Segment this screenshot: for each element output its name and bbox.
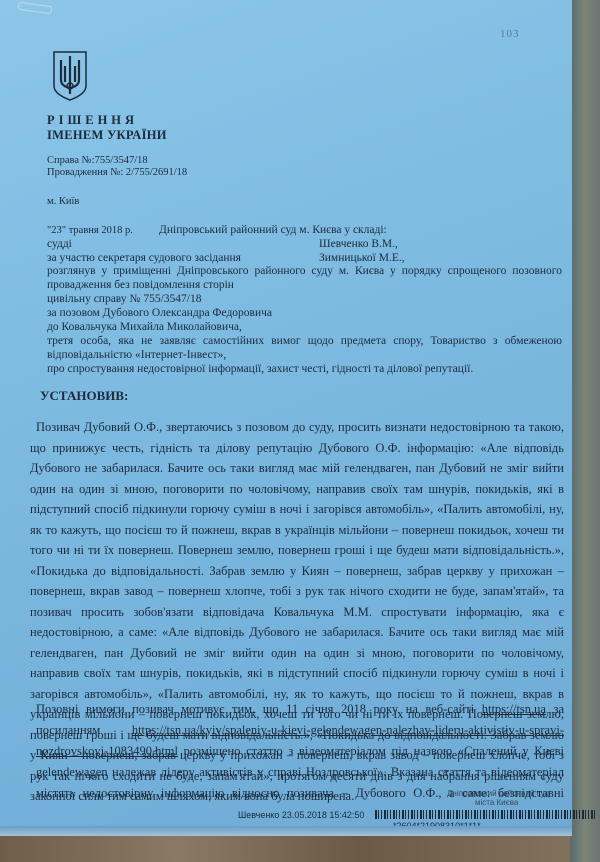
background-edge	[570, 0, 600, 862]
judge-label: судді	[47, 238, 72, 250]
court-stamp-line1: Дніпровський районний суд	[447, 789, 549, 798]
intro-line: відповідальністю «Інтернет-Інвест»,	[47, 349, 226, 361]
section-heading: УСТАНОВИВ:	[40, 388, 128, 404]
paragraph-line: гелендваген, пан Дубовий не зміг вийти о…	[30, 646, 564, 661]
paragraph-line: підступний спосіб підкинули горючу суміш…	[30, 502, 564, 517]
paragraph-line: позивач просить зобов'язати відповідача …	[30, 605, 564, 620]
paragraph-line: загорівся автомобіль», «Палить автомобіл…	[30, 687, 564, 702]
paragraph-line: Позивач Дубовий О.Ф., звертаючись з позо…	[36, 420, 564, 435]
paragraph-line: один на один зі мною, поговорити по чоло…	[30, 482, 564, 497]
paragraph2-line2-prefix: посиланням	[36, 723, 100, 737]
signer-timestamp: Шевченко 23.05.2018 15:42:50	[238, 810, 364, 820]
intro-line: про спростування недостовірної інформаці…	[47, 363, 473, 375]
paragraph2-line1-prefix: Позовні вимоги позивач мотивує тим, що 1…	[36, 702, 474, 716]
paragraph-line: направив своїх там шнурів, покидьків, як…	[30, 666, 564, 681]
paragraph2-line4: gelendewagen належав лідеру активістів у…	[36, 765, 564, 780]
city: м. Київ	[47, 196, 79, 207]
paragraph-line: «Покидька до відповідальності. Забрав зе…	[30, 564, 564, 579]
tsn-site-link[interactable]: https://tsn.ua	[482, 702, 546, 716]
paragraph-line: недостовірною, а саме: «Але відповідь Ду…	[30, 625, 564, 640]
intro-line: цивільну справу № 755/3547/18	[47, 293, 201, 305]
paragraph-line: як то кажуть, що посієш то й пожнеш, вкр…	[30, 523, 564, 538]
paragraph2-line3: розміщено статтю з відеоматеріалом під н…	[184, 744, 564, 758]
staple-icon	[18, 2, 53, 15]
paragraph-line: того чи ні ти їх повернеш. Повернеш земл…	[30, 543, 564, 558]
court-stamp-line2: міста Києва	[475, 798, 518, 807]
barcode-icon	[375, 810, 595, 819]
judge-name: Шевченко В.М.,	[319, 238, 398, 250]
article-link-part1[interactable]: https://tsn.ua/kyiv/spaleniy-u-kievi-gel…	[132, 723, 564, 737]
decision-date: "23" травня 2018 р.	[47, 225, 133, 236]
paragraph2-line1-suffix: за	[554, 702, 565, 716]
article-link-part2[interactable]: nozdrovskoyi-1083490.html	[36, 744, 178, 758]
intro-line: третя особа, яка не заявляє самостійних …	[47, 335, 562, 347]
court-decision-page: 103 РІШЕННЯ ІМЕНЕМ УКРАЇНИ Справа №:755/…	[0, 0, 572, 832]
page-stack-edge	[0, 826, 572, 836]
intro-line: за позовом Дубового Олександра Федорович…	[47, 307, 272, 319]
secretary-name: Зимницької М.Е.,	[319, 252, 405, 264]
case-number: Справа №:755/3547/18	[47, 155, 148, 166]
intro-line: розглянув у приміщенні Дніпровського рай…	[47, 265, 562, 277]
paragraph-line: що принижує честь, гідність та ділову ре…	[30, 441, 564, 456]
document-title: РІШЕННЯ	[47, 113, 138, 128]
tryzub-coat-of-arms-icon	[52, 50, 88, 102]
document-subtitle: ІМЕНЕМ УКРАЇНИ	[47, 128, 167, 143]
court-name: Дніпровський районний суд м. Києва у скл…	[159, 224, 387, 236]
intro-line: провадження без повідомлення сторін	[47, 279, 234, 291]
page-number-mark: 103	[500, 28, 520, 40]
proceeding-number: Провадження №: 2/755/2691/18	[47, 167, 187, 178]
intro-line: до Ковальчука Михайла Миколайовича,	[47, 321, 242, 333]
paragraph-line: Дубового не забарилася. Бачите ось таки …	[30, 461, 564, 476]
secretary-label: за участю секретаря судового засідання	[47, 252, 241, 264]
paragraph-line: повернеш, вкрав завод – повернеш хлопче,…	[30, 584, 564, 599]
